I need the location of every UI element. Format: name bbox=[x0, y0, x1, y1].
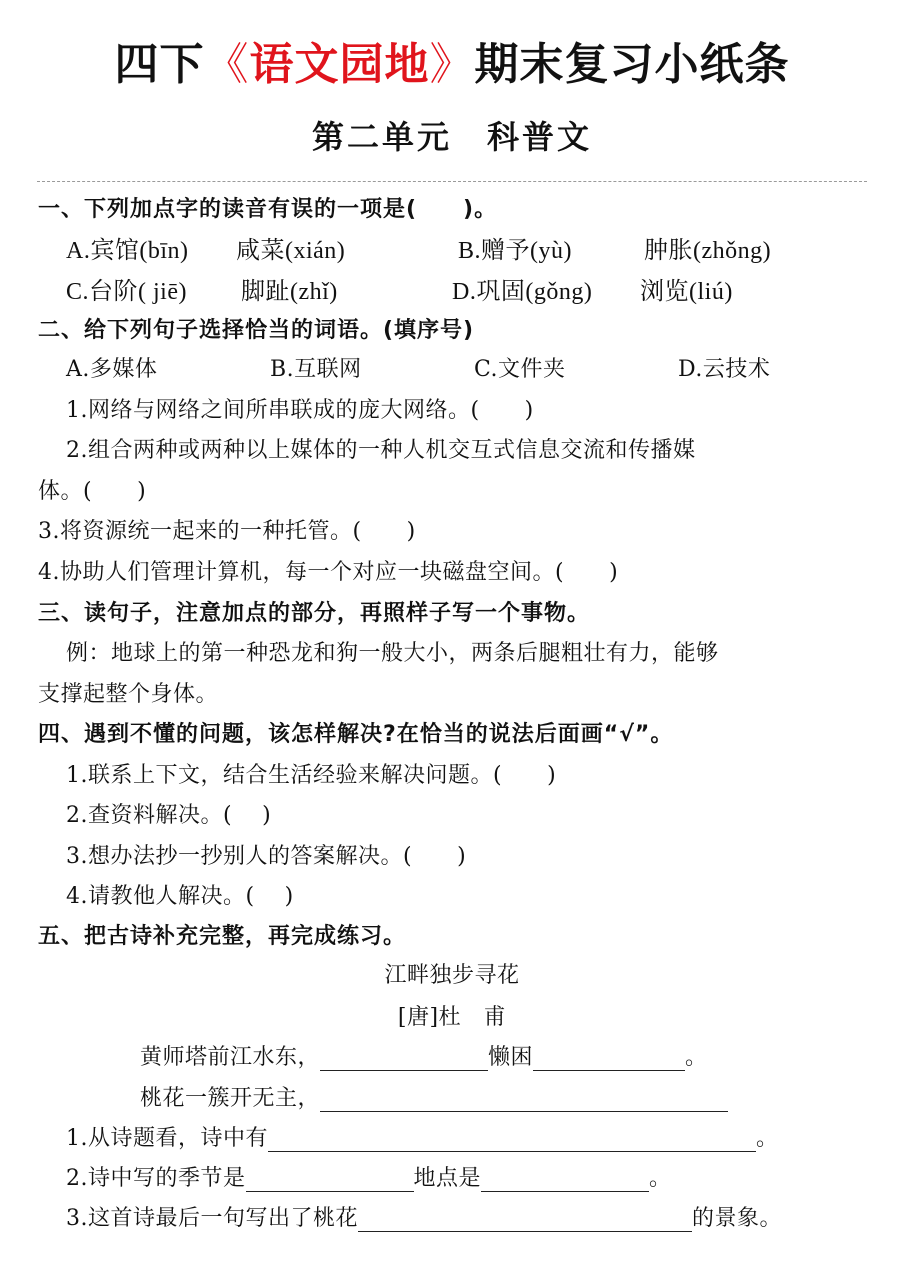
question-2-3: 3.将资源统一起来的一种托管。( ) bbox=[38, 514, 416, 545]
page-title: 四下《语文园地》期末复习小纸条 bbox=[0, 28, 904, 92]
question-5-1-end: 。 bbox=[756, 1126, 779, 1151]
option-d1: D.巩固(gǒng) bbox=[452, 271, 592, 306]
section-4-heading: 四、遇到不懂的问题，该怎样解决?在恰当的说法后面画“√”。 bbox=[38, 717, 673, 748]
question-2-4: 4.协助人们管理计算机，每一个对应一块磁盘空间。( ) bbox=[38, 555, 618, 586]
title-close-bracket: 》 bbox=[430, 39, 475, 90]
title-open-bracket: 《 bbox=[205, 39, 250, 90]
question-5-2-start: 2.诗中写的季节是 bbox=[66, 1166, 246, 1191]
blank-line-1a[interactable] bbox=[320, 1048, 488, 1071]
poem-line-1-start: 黄师塔前江水东， bbox=[140, 1045, 320, 1070]
option-d2: 浏览(liú) bbox=[640, 271, 733, 306]
question-5-2-end: 。 bbox=[649, 1166, 672, 1191]
question-4-2: 2.查资料解决。( ) bbox=[66, 798, 271, 829]
option-b2: 肿胀(zhǒng) bbox=[644, 230, 771, 265]
poem-line-1-mid: 懒困 bbox=[488, 1045, 533, 1070]
question-5-3-start: 3.这首诗最后一句写出了桃花 bbox=[66, 1206, 358, 1231]
question-5-3: 3.这首诗最后一句写出了桃花的景象。 bbox=[66, 1201, 782, 1232]
choice-d: D.云技术 bbox=[678, 352, 770, 383]
question-4-4: 4.请教他人解决。( ) bbox=[66, 879, 294, 910]
choice-c: C.文件夹 bbox=[474, 352, 566, 383]
blank-q3[interactable] bbox=[358, 1209, 692, 1232]
question-5-1-start: 1.从诗题看，诗中有 bbox=[66, 1126, 268, 1151]
poem-line-1: 黄师塔前江水东，懒困。 bbox=[140, 1040, 708, 1071]
section-2-heading: 二、给下列句子选择恰当的词语。(填序号) bbox=[38, 313, 474, 344]
page-subtitle: 第二单元 科普文 bbox=[0, 112, 904, 158]
question-4-1: 1.联系上下文，结合生活经验来解决问题。( ) bbox=[66, 758, 556, 789]
option-a1: A.宾馆(bīn) bbox=[66, 230, 188, 265]
poem-line-2: 桃花一簇开无主， bbox=[140, 1081, 728, 1112]
section-1-heading: 一、下列加点字的读音有误的一项是( )。 bbox=[38, 192, 497, 223]
blank-q2-place[interactable] bbox=[481, 1169, 649, 1192]
poem-author: [唐]杜 甫 bbox=[0, 1000, 904, 1031]
question-4-3: 3.想办法抄一抄别人的答案解决。( ) bbox=[66, 839, 466, 870]
question-5-3-end: 的景象。 bbox=[692, 1206, 782, 1231]
section-5-heading: 五、把古诗补充完整，再完成练习。 bbox=[38, 919, 406, 950]
choice-b: B.互联网 bbox=[270, 352, 362, 383]
option-a2: 咸菜(xián) bbox=[236, 230, 345, 265]
title-suffix: 期末复习小纸条 bbox=[475, 39, 790, 90]
poem-title: 江畔独步寻花 bbox=[0, 958, 904, 989]
blank-line-1b[interactable] bbox=[533, 1048, 685, 1071]
question-5-2-mid: 地点是 bbox=[414, 1166, 482, 1191]
option-c2: 脚趾(zhǐ) bbox=[241, 271, 338, 306]
question-5-2: 2.诗中写的季节是地点是。 bbox=[66, 1161, 672, 1192]
example-line-1: 例：地球上的第一种恐龙和狗一般大小，两条后腿粗壮有力，能够 bbox=[66, 636, 719, 667]
option-c1: C.台阶( jiē) bbox=[66, 271, 187, 306]
section-3-heading: 三、读句子，注意加点的部分，再照样子写一个事物。 bbox=[38, 596, 590, 627]
dashed-divider bbox=[37, 181, 867, 182]
blank-line-2[interactable] bbox=[320, 1089, 728, 1112]
poem-line-1-end: 。 bbox=[685, 1045, 708, 1070]
question-5-1: 1.从诗题看，诗中有。 bbox=[66, 1121, 779, 1152]
example-line-2: 支撑起整个身体。 bbox=[38, 677, 218, 708]
title-highlight: 语文园地 bbox=[250, 39, 430, 90]
poem-line-2-start: 桃花一簇开无主， bbox=[140, 1086, 320, 1111]
blank-q2-season[interactable] bbox=[246, 1169, 414, 1192]
question-2-1: 1.网络与网络之间所串联成的庞大网络。( ) bbox=[66, 393, 534, 424]
question-2-2-cont: 体。( ) bbox=[38, 474, 146, 505]
question-2-2: 2.组合两种或两种以上媒体的一种人机交互式信息交流和传播媒 bbox=[66, 433, 696, 464]
option-b1: B.赠予(yù) bbox=[458, 230, 572, 265]
choice-a: A.多媒体 bbox=[66, 352, 157, 383]
blank-q1[interactable] bbox=[268, 1129, 756, 1152]
title-prefix: 四下 bbox=[115, 39, 205, 90]
